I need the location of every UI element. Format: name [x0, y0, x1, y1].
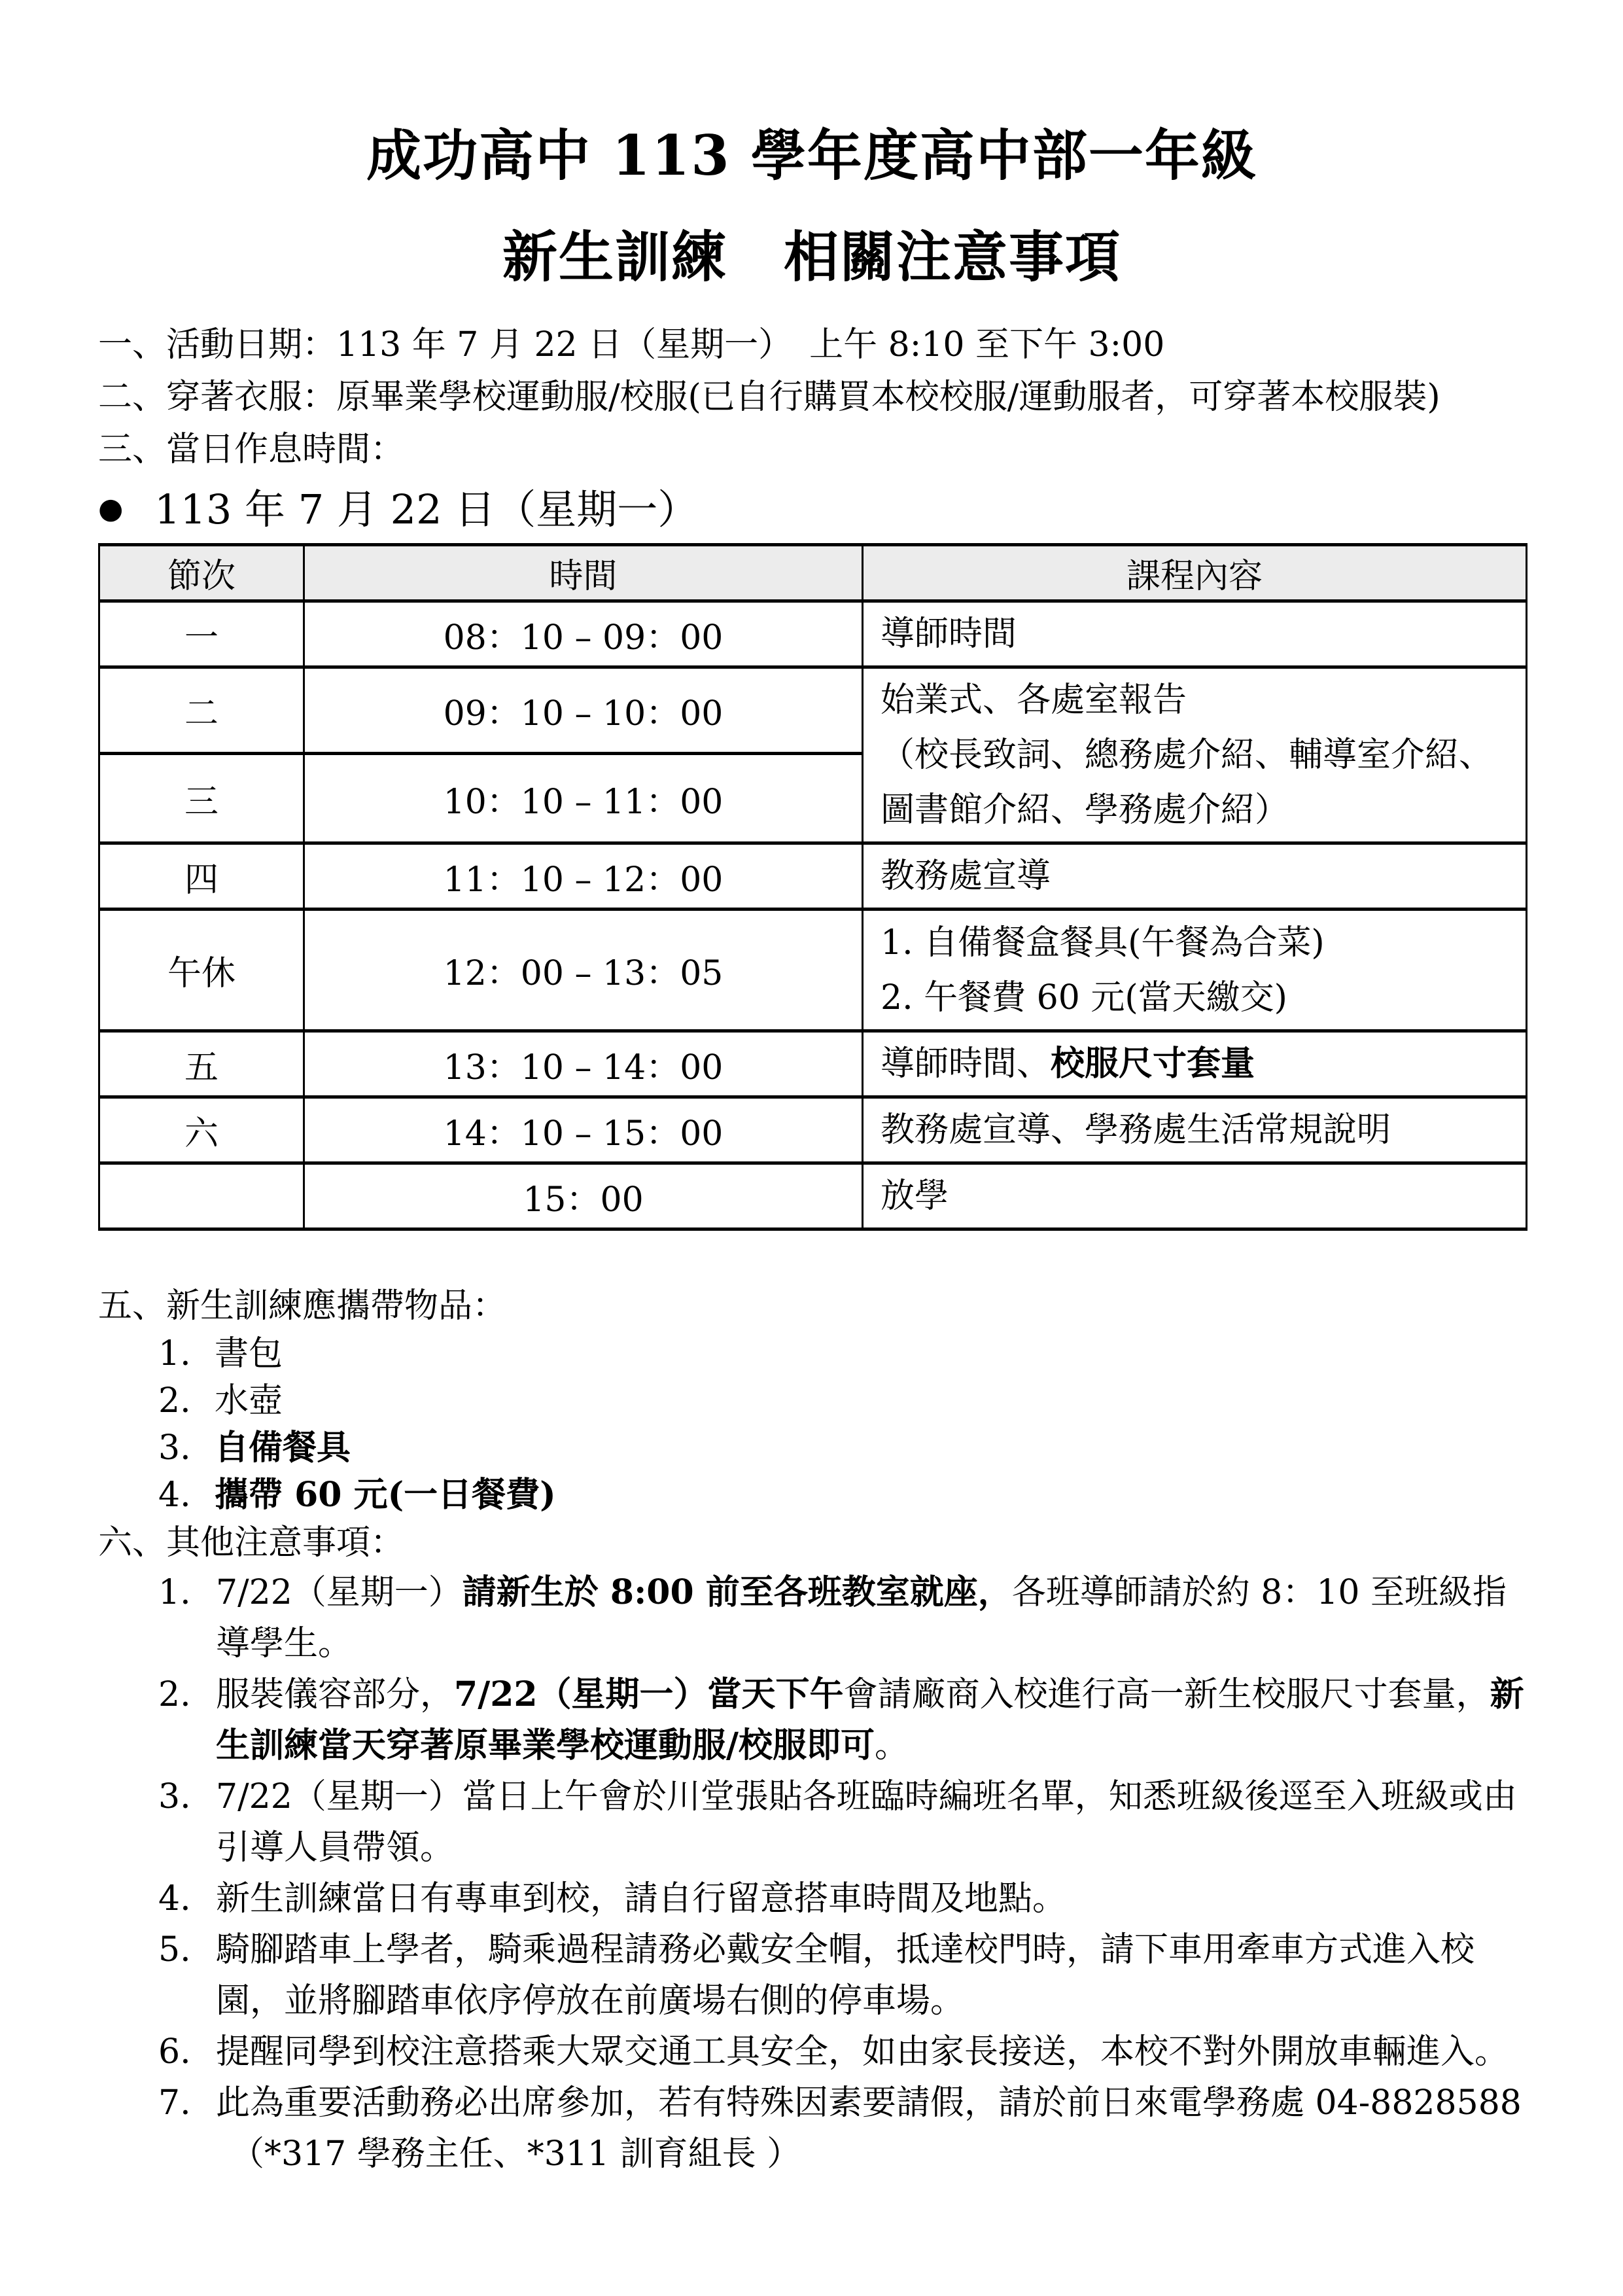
- bring-list: 1.書包2.水壺3.自備餐具4.攜帶 60 元(一日餐費): [98, 1330, 1526, 1519]
- note-item-number: 4.: [158, 1873, 216, 1924]
- note-item-text: 騎腳踏車上學者，騎乘過程請務必戴安全帽，抵達校門時，請下車用牽車方式進入校園，並…: [216, 1924, 1526, 2026]
- text-run: （校長致詞、總務處介紹、輔導室介紹、圖書館介紹、學務處介紹）: [881, 735, 1493, 830]
- bold-text-run: 校服尺寸套量: [1051, 1044, 1255, 1084]
- doc-title-line1: 成功高中 113 學年度高中部一年級: [98, 124, 1526, 188]
- note-item-text: 新生訓練當日有專車到校，請自行留意搭車時間及地點。: [216, 1873, 1526, 1924]
- schedule-cell-period: 午休: [99, 910, 304, 1031]
- text-run: 放學: [881, 1176, 949, 1216]
- schedule-cell-period: 一: [99, 601, 304, 667]
- schedule-cell-period: 三: [99, 754, 304, 843]
- note-item-number: 3.: [158, 1771, 216, 1822]
- schedule-cell-time: 08：10 – 09：00: [304, 601, 863, 667]
- schedule-cell-content: 導師時間、校服尺寸套量: [863, 1031, 1527, 1097]
- document-page: 成功高中 113 學年度高中部一年級 新生訓練 相關注意事項 一、活動日期：11…: [0, 0, 1623, 2296]
- text-run: 提醒同學到校注意搭乘大眾交通工具安全，如由家長接送，本校不對外開放車輛進入。: [216, 2032, 1509, 2072]
- text-run: 2. 午餐費 60 元(當天繳交): [881, 978, 1287, 1017]
- schedule-row: 六14：10 – 15：00教務處宣導、學務處生活常規說明: [99, 1097, 1527, 1163]
- schedule-cell-content: 教務處宣導: [863, 843, 1527, 910]
- text-run: 導師時間: [881, 614, 1017, 654]
- schedule-cell-period: 五: [99, 1031, 304, 1097]
- schedule-cell-time: 15：00: [304, 1163, 863, 1229]
- schedule-content-line: 教務處宣導、學務處生活常規說明: [881, 1103, 1515, 1157]
- schedule-content-line: 放學: [881, 1169, 1515, 1224]
- schedule-content-line: 導師時間: [881, 607, 1515, 662]
- schedule-row: 二09：10 – 10：00始業式、各處室報告（校長致詞、總務處介紹、輔導室介紹…: [99, 667, 1527, 754]
- bring-item-text: 水壺: [215, 1377, 283, 1424]
- note-item-extra-line: （*317 學務主任、*311 訓育組長 ）: [216, 2128, 1526, 2180]
- intro-block: 一、活動日期：113 年 7 月 22 日（星期一） 上午 8:10 至下午 3…: [98, 319, 1526, 476]
- bring-item-number: 4.: [158, 1472, 215, 1519]
- text-run: 。: [875, 1726, 909, 1765]
- schedule-row: 一08：10 – 09：00導師時間: [99, 601, 1527, 667]
- schedule-cell-time: 13：10 – 14：00: [304, 1031, 863, 1097]
- note-item-number: 5.: [158, 1924, 216, 1975]
- schedule-cell-time: 14：10 – 15：00: [304, 1097, 863, 1163]
- text-run: 此為重要活動務必出席參加，若有特殊因素要請假，請於前日來電學務處 04-8828…: [216, 2083, 1522, 2123]
- note-item-text: 提醒同學到校注意搭乘大眾交通工具安全，如由家長接送，本校不對外開放車輛進入。: [216, 2026, 1526, 2077]
- bring-item: 3.自備餐具: [158, 1424, 1526, 1472]
- schedule-content-line: 始業式、各處室報告: [881, 673, 1515, 728]
- note-item-number: 7.: [158, 2077, 216, 2128]
- text-run: 教務處宣導、學務處生活常規說明: [881, 1110, 1391, 1150]
- schedule-content-line: 教務處宣導: [881, 849, 1515, 904]
- text-run: 新生訓練當日有專車到校，請自行留意搭車時間及地點。: [216, 1879, 1066, 1918]
- schedule-table: 節次 時間 課程內容 一08：10 – 09：00導師時間二09：10 – 10…: [98, 543, 1527, 1231]
- bring-item: 1.書包: [158, 1330, 1526, 1377]
- text-run: 會請廠商入校進行高一新生校服尺寸套量，: [844, 1675, 1490, 1714]
- note-item: 3.7/22（星期一）當日上午會於川堂張貼各班臨時編班名單，知悉班級後逕至入班級…: [158, 1771, 1526, 1873]
- note-item-text: 7/22（星期一）當日上午會於川堂張貼各班臨時編班名單，知悉班級後逕至入班級或由…: [216, 1771, 1526, 1873]
- schedule-cell-period: 二: [99, 667, 304, 754]
- bring-item-text: 書包: [215, 1330, 283, 1377]
- note-item: 1.7/22（星期一）請新生於 8:00 前至各班教室就座，各班導師請於約 8：…: [158, 1567, 1526, 1669]
- bring-item-number: 2.: [158, 1377, 215, 1424]
- note-item-number: 2.: [158, 1669, 216, 1720]
- notes-section-heading: 六、其他注意事項：: [98, 1519, 1526, 1567]
- note-item-number: 1.: [158, 1567, 216, 1618]
- schedule-row: 四11：10 – 12：00教務處宣導: [99, 843, 1527, 910]
- doc-title-line2: 新生訓練 相關注意事項: [98, 226, 1526, 289]
- note-item-text: 此為重要活動務必出席參加，若有特殊因素要請假，請於前日來電學務處 04-8828…: [216, 2077, 1526, 2180]
- bring-item-number: 1.: [158, 1330, 215, 1377]
- note-item: 5.騎腳踏車上學者，騎乘過程請務必戴安全帽，抵達校門時，請下車用牽車方式進入校園…: [158, 1924, 1526, 2026]
- bring-item: 4.攜帶 60 元(一日餐費): [158, 1472, 1526, 1519]
- schedule-content-line: 2. 午餐費 60 元(當天繳交): [881, 970, 1515, 1025]
- note-item: 6.提醒同學到校注意搭乘大眾交通工具安全，如由家長接送，本校不對外開放車輛進入。: [158, 2026, 1526, 2077]
- schedule-cell-content: 教務處宣導、學務處生活常規說明: [863, 1097, 1527, 1163]
- bold-text-run: 7/22（星期一）當天下午: [454, 1674, 844, 1714]
- schedule-row: 15：00放學: [99, 1163, 1527, 1229]
- text-run: 騎腳踏車上學者，騎乘過程請務必戴安全帽，抵達校門時，請下車用牽車方式進入校園，並…: [216, 1930, 1475, 2021]
- text-run: 1. 自備餐盒餐具(午餐為合菜): [881, 923, 1325, 963]
- schedule-date-text: 113 年 7 月 22 日（星期一）: [154, 486, 698, 533]
- text-run: 水壺: [215, 1381, 283, 1421]
- text-run: 教務處宣導: [881, 857, 1051, 896]
- text-run: 7/22（星期一）當日上午會於川堂張貼各班臨時編班名單，知悉班級後逕至入班級或由…: [216, 1777, 1517, 1867]
- schedule-cell-content: 導師時間: [863, 601, 1527, 667]
- bring-item-text: 自備餐具: [215, 1424, 351, 1472]
- bring-item-text: 攜帶 60 元(一日餐費): [215, 1472, 556, 1519]
- schedule-date-line: ●113 年 7 月 22 日（星期一）: [98, 485, 1526, 534]
- bold-text-run: 請新生於 8:00 前至各班教室就座，: [462, 1572, 1012, 1612]
- bring-section: 五、新生訓練應攜帶物品： 1.書包2.水壺3.自備餐具4.攜帶 60 元(一日餐…: [98, 1282, 1526, 1519]
- schedule-cell-time: 11：10 – 12：00: [304, 843, 863, 910]
- schedule-cell-time: 10：10 – 11：00: [304, 754, 863, 843]
- schedule-cell-content: 始業式、各處室報告（校長致詞、總務處介紹、輔導室介紹、圖書館介紹、學務處介紹）: [863, 667, 1527, 843]
- schedule-content-line: （校長致詞、總務處介紹、輔導室介紹、圖書館介紹、學務處介紹）: [881, 728, 1515, 838]
- notes-list: 1.7/22（星期一）請新生於 8:00 前至各班教室就座，各班導師請於約 8：…: [98, 1567, 1526, 2180]
- col-header-period: 節次: [99, 545, 304, 601]
- schedule-cell-time: 12：00 – 13：05: [304, 910, 863, 1031]
- text-run: 服裝儀容部分，: [216, 1675, 454, 1714]
- intro-line-clothing: 二、穿著衣服：原畢業學校運動服/校服(已自行購買本校校服/運動服者，可穿著本校服…: [98, 371, 1526, 423]
- intro-line-daily-schedule: 三、當日作息時間：: [98, 423, 1526, 476]
- schedule-content-line: 1. 自備餐盒餐具(午餐為合菜): [881, 915, 1515, 970]
- schedule-cell-period: [99, 1163, 304, 1229]
- intro-line-activity-date: 一、活動日期：113 年 7 月 22 日（星期一） 上午 8:10 至下午 3…: [98, 319, 1526, 371]
- bring-section-heading: 五、新生訓練應攜帶物品：: [98, 1282, 1526, 1330]
- col-header-time: 時間: [304, 545, 863, 601]
- schedule-cell-period: 六: [99, 1097, 304, 1163]
- bold-text-run: 攜帶 60 元(一日餐費): [215, 1475, 556, 1515]
- schedule-cell-period: 四: [99, 843, 304, 910]
- bullet-icon: ●: [98, 485, 154, 533]
- schedule-row: 五13：10 – 14：00導師時間、校服尺寸套量: [99, 1031, 1527, 1097]
- note-item-text: 服裝儀容部分，7/22（星期一）當天下午會請廠商入校進行高一新生校服尺寸套量，新…: [216, 1669, 1526, 1771]
- bold-text-run: 自備餐具: [215, 1428, 351, 1468]
- note-item-number: 6.: [158, 2026, 216, 2077]
- schedule-content-line: 導師時間、校服尺寸套量: [881, 1036, 1515, 1091]
- note-item: 7.此為重要活動務必出席參加，若有特殊因素要請假，請於前日來電學務處 04-88…: [158, 2077, 1526, 2180]
- schedule-cell-time: 09：10 – 10：00: [304, 667, 863, 754]
- text-run: 書包: [215, 1334, 283, 1373]
- schedule-cell-content: 1. 自備餐盒餐具(午餐為合菜)2. 午餐費 60 元(當天繳交): [863, 910, 1527, 1031]
- schedule-header-row: 節次 時間 課程內容: [99, 545, 1527, 601]
- text-run: 7/22（星期一）: [216, 1573, 462, 1612]
- text-run: 導師時間、: [881, 1044, 1051, 1084]
- schedule-cell-content: 放學: [863, 1163, 1527, 1229]
- text-run: 始業式、各處室報告: [881, 680, 1187, 720]
- note-item-text: 7/22（星期一）請新生於 8:00 前至各班教室就座，各班導師請於約 8：10…: [216, 1567, 1526, 1669]
- bring-item: 2.水壺: [158, 1377, 1526, 1424]
- note-item: 4.新生訓練當日有專車到校，請自行留意搭車時間及地點。: [158, 1873, 1526, 1924]
- schedule-row: 午休12：00 – 13：051. 自備餐盒餐具(午餐為合菜)2. 午餐費 60…: [99, 910, 1527, 1031]
- col-header-content: 課程內容: [863, 545, 1527, 601]
- note-item: 2.服裝儀容部分，7/22（星期一）當天下午會請廠商入校進行高一新生校服尺寸套量…: [158, 1669, 1526, 1771]
- notes-section: 六、其他注意事項： 1.7/22（星期一）請新生於 8:00 前至各班教室就座，…: [98, 1519, 1526, 2180]
- bring-item-number: 3.: [158, 1424, 215, 1472]
